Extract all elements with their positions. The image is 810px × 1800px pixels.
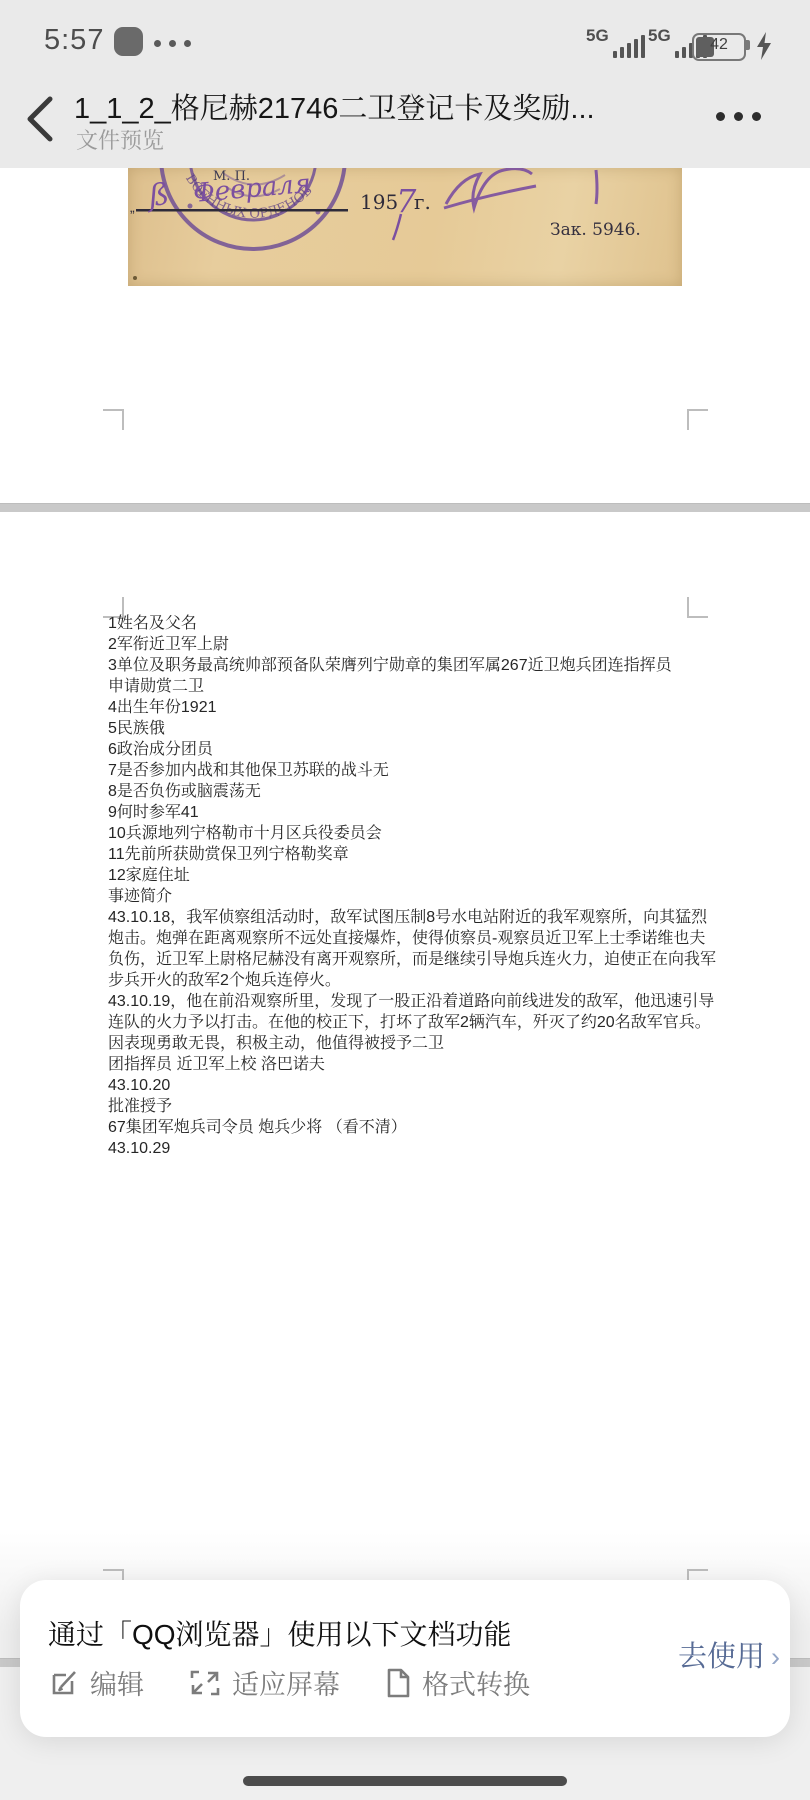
svg-text:Зак. 5946.: Зак. 5946. (550, 220, 641, 240)
edit-label: 编辑 (90, 1663, 144, 1702)
network-type-label: 5G (586, 26, 609, 46)
edit-button[interactable]: 编辑 (48, 1663, 144, 1702)
chevron-right-icon: › (771, 1642, 780, 1672)
promo-title: 通过「QQ浏览器」使用以下文档功能 (48, 1613, 512, 1653)
phone-screen: 5:57 5G 5G 42 1_1_2_格尼赫21746二卫登记卡及奖励... … (0, 0, 810, 1800)
feature-buttons-row: 编辑 适应屏幕 格式转换 (48, 1663, 574, 1702)
svg-text:г.: г. (414, 190, 431, 214)
fit-screen-icon (188, 1667, 222, 1699)
doc-line: 10兵源地列宁格勒市十月区兵役委员会 (108, 823, 698, 844)
doc-line: 因表现勇敢无畏，积极主动，他值得被授予二卫 (108, 1033, 698, 1054)
doc-line: 团指挥员 近卫军上校 洛巴诺夫 (108, 1054, 698, 1075)
home-indicator[interactable] (243, 1776, 567, 1786)
doc-line: 负伤，近卫军上尉格尼赫没有离开观察所，而是继续引导炮兵连火力，迫使正在向我军 (108, 949, 698, 970)
doc-line: 4出生年份1921 (108, 697, 698, 718)
doc-line: 2军衔近卫军上尉 (108, 634, 698, 655)
page-separator (0, 503, 810, 512)
format-convert-button[interactable]: 格式转换 (384, 1663, 530, 1702)
doc-line: 43.10.18，我军侦察组活动时，敌军试图压制8号水电站附近的我军观察所，向其… (108, 907, 698, 928)
doc-line: 7是否参加内战和其他保卫苏联的战斗无 (108, 760, 698, 781)
format-convert-icon (384, 1667, 412, 1699)
doc-line: 11先前所获勋赏保卫列宁格勒奖章 (108, 844, 698, 865)
doc-line: 申请勋赏二卫 (108, 676, 698, 697)
fit-screen-button[interactable]: 适应屏幕 (188, 1663, 340, 1702)
battery-icon: 42 (692, 33, 746, 61)
doc-line: 步兵开火的敌军2个炮兵连停火。 (108, 970, 698, 991)
doc-line: 5民族俄 (108, 718, 698, 739)
doc-line: 43.10.19，他在前沿观察所里，发现了一股正沿着道路向前线进发的敌军，他迅速… (108, 991, 698, 1012)
back-button[interactable] (20, 92, 64, 146)
doc-line: 事迹简介 (108, 886, 698, 907)
recording-indicator-icon (114, 27, 143, 56)
more-menu-button[interactable] (716, 112, 761, 121)
svg-text:ß: ß (144, 177, 171, 214)
doc-line: 8是否负伤或脑震荡无 (108, 781, 698, 802)
doc-line: 9何时参军41 (108, 802, 698, 823)
doc-line: 炮击。炮弹在距离观察所不远处直接爆炸，使得侦察员-观察员近卫军上士季诺维也夫 (108, 928, 698, 949)
charging-bolt-icon (754, 31, 774, 66)
doc-line: 6政治成分团员 (108, 739, 698, 760)
go-use-button[interactable]: 去使用› (600, 1634, 780, 1675)
doc-line: 12家庭住址 (108, 865, 698, 886)
page-subtitle: 文件预览 (76, 124, 164, 155)
doc-line: 67集团军炮兵司令员 炮兵少将 （看不清） (108, 1117, 698, 1138)
svg-text:„: „ (130, 199, 135, 215)
doc-line: 批准授予 (108, 1096, 698, 1117)
fit-screen-label: 适应屏幕 (232, 1663, 340, 1702)
doc-line: 43.10.29 (108, 1138, 698, 1159)
edit-icon (48, 1667, 80, 1699)
battery-percent: 42 (694, 36, 744, 54)
doc-line: 连队的火力予以打击。在他的校正下，打坏了敌军2辆汽车，歼灭了约20名敌军官兵。 (108, 1012, 698, 1033)
doc-line: 43.10.20 (108, 1075, 698, 1096)
doc-line: 3单位及职务最高统帅部预备队荣膺列宁勋章的集团军属267近卫炮兵团连指挥员 (108, 655, 698, 676)
battery-cap (746, 40, 750, 50)
signal-bars-icon: 5G (586, 24, 645, 58)
page-title: 1_1_2_格尼赫21746二卫登记卡及奖励... (74, 86, 640, 127)
network-type-label: 5G (648, 26, 671, 46)
clock-text: 5:57 (44, 24, 104, 57)
doc-line: 1姓名及父名 (108, 613, 698, 634)
go-use-label: 去使用 (678, 1641, 765, 1673)
svg-text:195: 195 (360, 190, 398, 214)
scanned-document-image[interactable]: ВОЕННЫХ ОРДЕНОВ М. П. „ ß Февраля 195 7 (128, 168, 682, 286)
document-text-block: 1姓名及父名 2军衔近卫军上尉 3单位及职务最高统帅部预备队荣膺列宁勋章的集团军… (108, 613, 698, 1159)
format-convert-label: 格式转换 (422, 1663, 530, 1702)
status-ellipsis-icon (154, 40, 191, 47)
